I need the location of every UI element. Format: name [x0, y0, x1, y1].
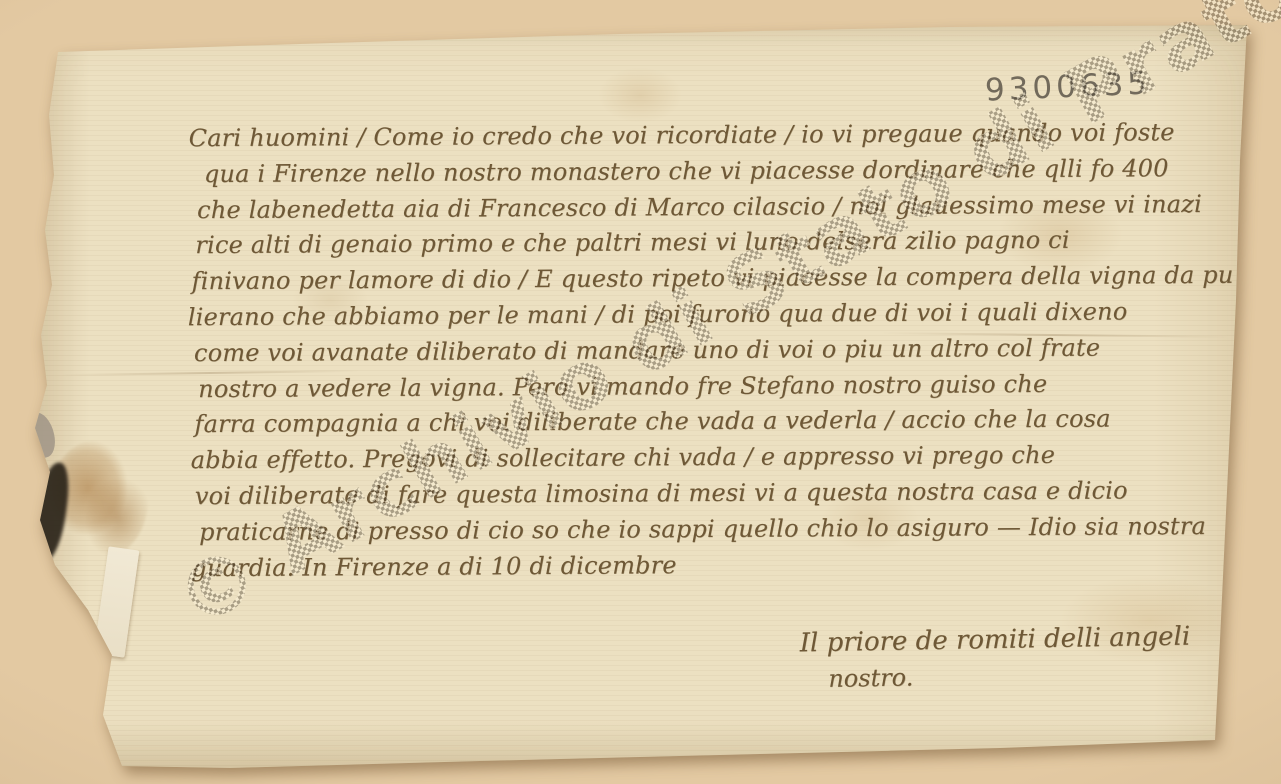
archive-number: 9300635 — [984, 66, 1151, 107]
letter-line: praticarne di presso di cio so che io sa… — [199, 509, 1235, 551]
letter-body: Cari huomini / Come io credo che voi ric… — [189, 115, 1236, 587]
signature-line: Il priore de romiti delli angeli — [799, 619, 1190, 662]
signature-line: nostro. — [828, 655, 1191, 697]
manuscript-paper: 9300635 Cari huomini / Come io credo che… — [0, 0, 1281, 784]
torn-edge-flap — [24, 410, 59, 460]
letter-line: farra compagnia a chi voi diliberate che… — [194, 401, 1234, 443]
repair-tape-strip — [94, 546, 140, 657]
letter-line: guardia. In Firenze a di 10 di dicembre — [191, 544, 1235, 586]
scanned-manuscript-background: 9300635 Cari huomini / Come io credo che… — [0, 0, 1281, 784]
paper-shadow-wrapper: 9300635 Cari huomini / Come io credo che… — [0, 0, 1281, 784]
letter-line: lierano che abbiamo per le mani / di poi… — [188, 294, 1234, 336]
ink-stain-dark — [30, 461, 72, 564]
letter-line: che labenedetta aia di Francesco di Marc… — [197, 186, 1233, 228]
signature-block: Il priore de romiti delli angeli nostro. — [799, 619, 1191, 698]
letter-line: come voi avanate diliberato di mandare u… — [194, 330, 1234, 372]
letter-line: qua i Firenze nello nostro monastero che… — [204, 151, 1233, 193]
letter-line: voi diliberate di fare questa limosina d… — [195, 473, 1235, 515]
letter-line: Cari huomini / Come io credo che voi ric… — [189, 115, 1233, 157]
